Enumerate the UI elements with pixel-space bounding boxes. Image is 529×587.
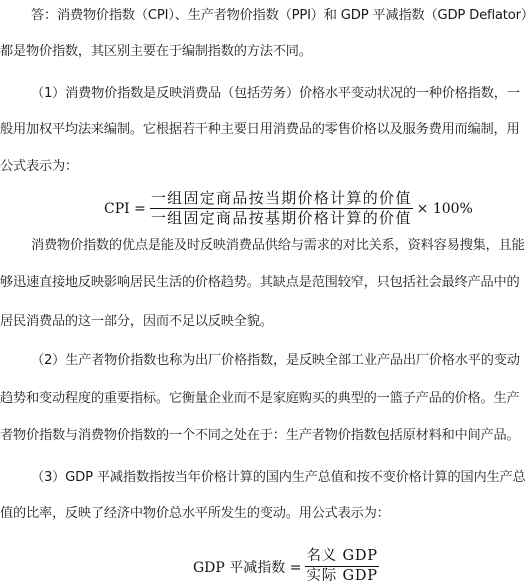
cpi-formula-numerator: 一组固定商品按当期价格计算的价值 [150,190,413,209]
cpi-formula: CPI = 一组固定商品按当期价格计算的价值 一组固定商品按基期价格计算的价值 … [104,190,473,227]
intro-line-1: 答：消费物价指数（CPI）、生产者物价指数（PPI）和 GDP 平减指数（GDP… [31,7,529,25]
cpi-evaluation-line-1: 消费物价指数的优点是能及时反映消费品供给与需求的对比关系，资料容易搜集，且能 [31,237,525,255]
ppi-definition-line-2: 趋势和变动程度的重要指标。它衡量企业而不是家庭购买的典型的一篮子产品的价格。生产 [0,390,520,408]
gdp-deflator-formula-numerator: 名义 GDP [305,548,378,567]
cpi-evaluation-line-2: 够迅速直接地反映影响居民生活的价格趋势。其缺点是范围较窄，只包括社会最终产品中的 [0,274,520,292]
ppi-definition-line-3: 者物价指数与消费物价指数的一个不同之处在于：生产者物价指数包括原材料和中间产品。 [0,427,520,445]
intro-line-2: 都是物价指数，其区别主要在于编制指数的方法不同。 [0,43,312,61]
cpi-formula-denominator: 一组固定商品按基期价格计算的价值 [151,209,412,227]
cpi-definition-line-2: 般用加权平均法来编制。它根据若干种主要日用消费品的零售价格以及服务费用而编制，用 [0,121,520,139]
cpi-formula-multiplier: × 100% [417,201,473,217]
gdp-deflator-formula: GDP 平减指数 = 名义 GDP 实际 GDP [193,548,383,585]
gdp-deflator-line-1: （3）GDP 平减指数指按当年价格计算的国内生产总值和按不变价格计算的国内生产总 [31,469,525,487]
gdp-deflator-formula-fraction: 名义 GDP 实际 GDP [305,548,378,585]
gdp-deflator-formula-lhs: GDP 平减指数 = [193,557,301,577]
cpi-definition-line-1: （1）消费物价指数是反映消费品（包括劳务）价格水平变动状况的一种价格指数，一 [31,85,520,103]
cpi-evaluation-line-3: 居民消费品的这一部分，因而不足以反映全貌。 [0,313,273,331]
cpi-definition-line-3: 公式表示为： [0,158,78,176]
gdp-deflator-line-2: 值的比率，反映了经济中物价总水平所发生的变动。用公式表示为： [0,505,390,523]
ppi-definition-line-1: （2）生产者物价指数也称为出厂价格指数，是反映全部工业产品出厂价格水平的变动 [31,352,520,370]
gdp-deflator-formula-denominator: 实际 GDP [306,567,377,585]
cpi-formula-fraction: 一组固定商品按当期价格计算的价值 一组固定商品按基期价格计算的价值 [150,190,413,227]
cpi-formula-lhs: CPI = [104,201,146,217]
